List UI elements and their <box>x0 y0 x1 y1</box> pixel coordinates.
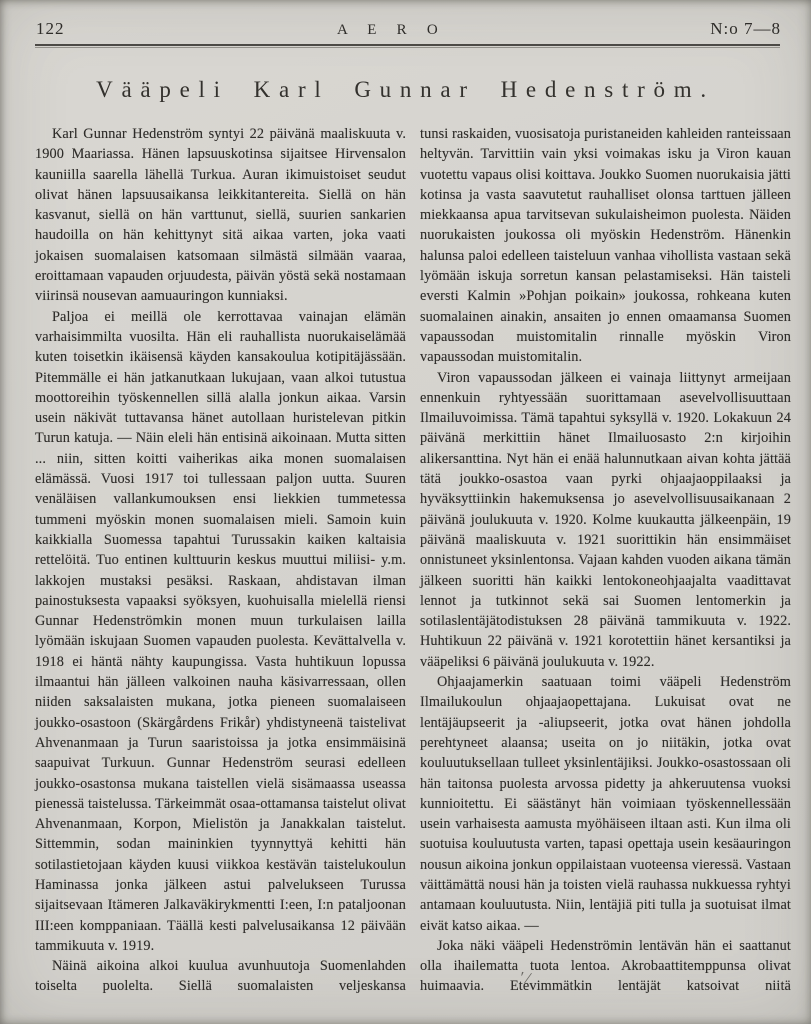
issue-number: N:o 7—8 <box>710 19 781 39</box>
pencil-mark-artifact: '/ <box>518 969 534 989</box>
paragraph: Ohjaajamerkin saatuaan toimi vääpeli Hed… <box>420 672 791 936</box>
paragraph: tunsi raskaiden, vuosisatoja puristaneid… <box>420 124 791 368</box>
paragraph: Karl Gunnar Hedenström syntyi 22 päivänä… <box>35 124 406 307</box>
right-column: tunsi raskaiden, vuosisatoja puristaneid… <box>420 124 791 997</box>
header-divider-rule <box>35 44 780 49</box>
left-column: Karl Gunnar Hedenström syntyi 22 päivänä… <box>35 124 406 997</box>
article-body: Karl Gunnar Hedenström syntyi 22 päivänä… <box>35 124 791 997</box>
page-number: 122 <box>36 19 65 39</box>
magazine-title: A E R O <box>337 22 446 39</box>
article-title: Vääpeli Karl Gunnar Hedenström. <box>0 77 811 103</box>
paragraph: Näinä aikoina alkoi kuulua avunhuutoja S… <box>35 956 406 997</box>
paragraph: Paljoa ei meillä ole kerrottavaa vainaja… <box>35 307 406 957</box>
scanned-magazine-page: 122 A E R O N:o 7—8 Vääpeli Karl Gunnar … <box>0 0 811 1024</box>
page-header: 122 A E R O N:o 7—8 <box>36 19 781 39</box>
paragraph: Viron vapaussodan jälkeen ei vainaja lii… <box>420 368 791 672</box>
paragraph: Joka näki vääpeli Hedenströmin lentävän … <box>420 936 791 997</box>
